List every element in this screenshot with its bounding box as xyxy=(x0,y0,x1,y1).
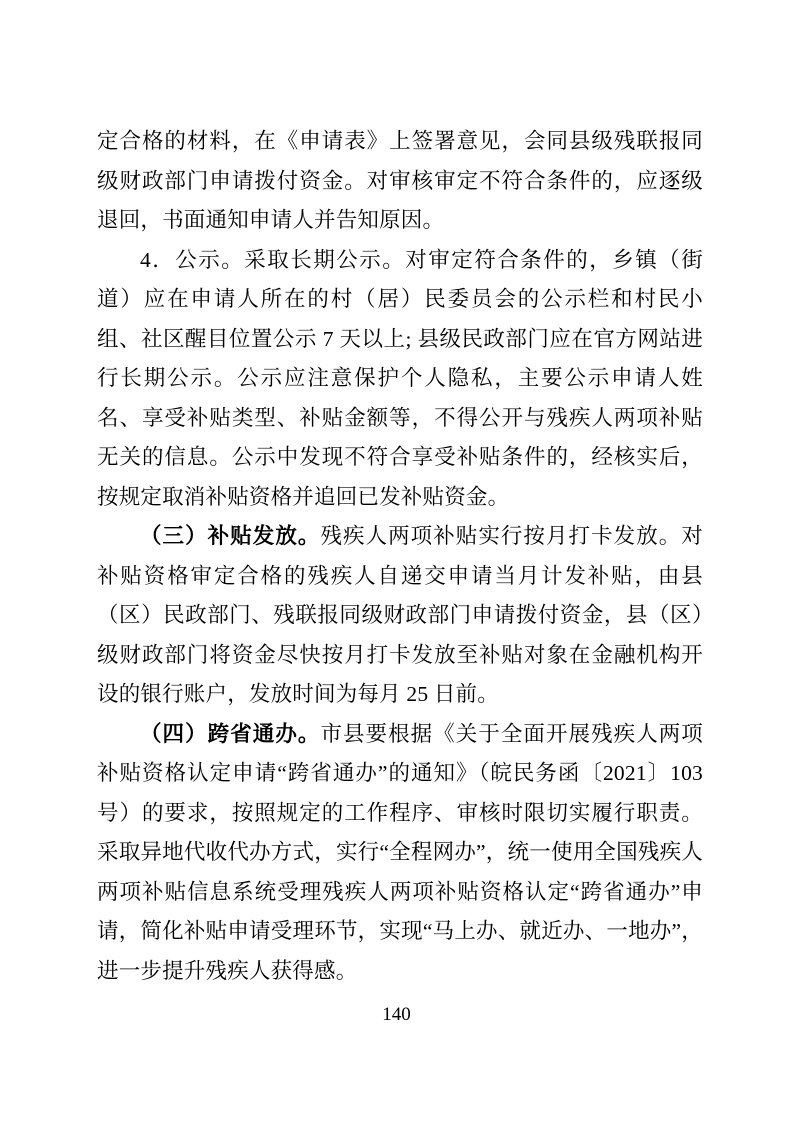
paragraph: 4．公示。采取长期公示。对审定符合条件的，乡镇（街道）应在申请人所在的村（居）民… xyxy=(97,241,703,518)
paragraph-text: 市县要根据《关于全面开展残疾人两项补贴资格认定申请“跨省通办”的通知》（皖民务函… xyxy=(97,722,703,983)
page-number: 140 xyxy=(0,1002,793,1028)
paragraph-lead-bold: （三）补贴发放。 xyxy=(140,524,320,548)
document-body: 定合格的材料，在《申请表》上签署意见，会同县级残联报同级财政部门申请拨付资金。对… xyxy=(97,122,703,991)
paragraph: （四）跨省通办。市县要根据《关于全面开展残疾人两项补贴资格认定申请“跨省通办”的… xyxy=(97,715,703,992)
document-page: 定合格的材料，在《申请表》上签署意见，会同县级残联报同级财政部门申请拨付资金。对… xyxy=(0,0,793,1122)
paragraph: 定合格的材料，在《申请表》上签署意见，会同县级残联报同级财政部门申请拨付资金。对… xyxy=(97,122,703,241)
paragraph-text: 定合格的材料，在《申请表》上签署意见，会同县级残联报同级财政部门申请拨付资金。对… xyxy=(97,129,703,232)
paragraph-text: 4．公示。采取长期公示。对审定符合条件的，乡镇（街道）应在申请人所在的村（居）民… xyxy=(97,248,703,509)
paragraph: （三）补贴发放。残疾人两项补贴实行按月打卡发放。对补贴资格审定合格的残疾人自递交… xyxy=(97,517,703,715)
paragraph-text: 残疾人两项补贴实行按月打卡发放。对补贴资格审定合格的残疾人自递交申请当月计发补贴… xyxy=(97,524,703,706)
paragraph-lead-bold: （四）跨省通办。 xyxy=(140,722,320,746)
